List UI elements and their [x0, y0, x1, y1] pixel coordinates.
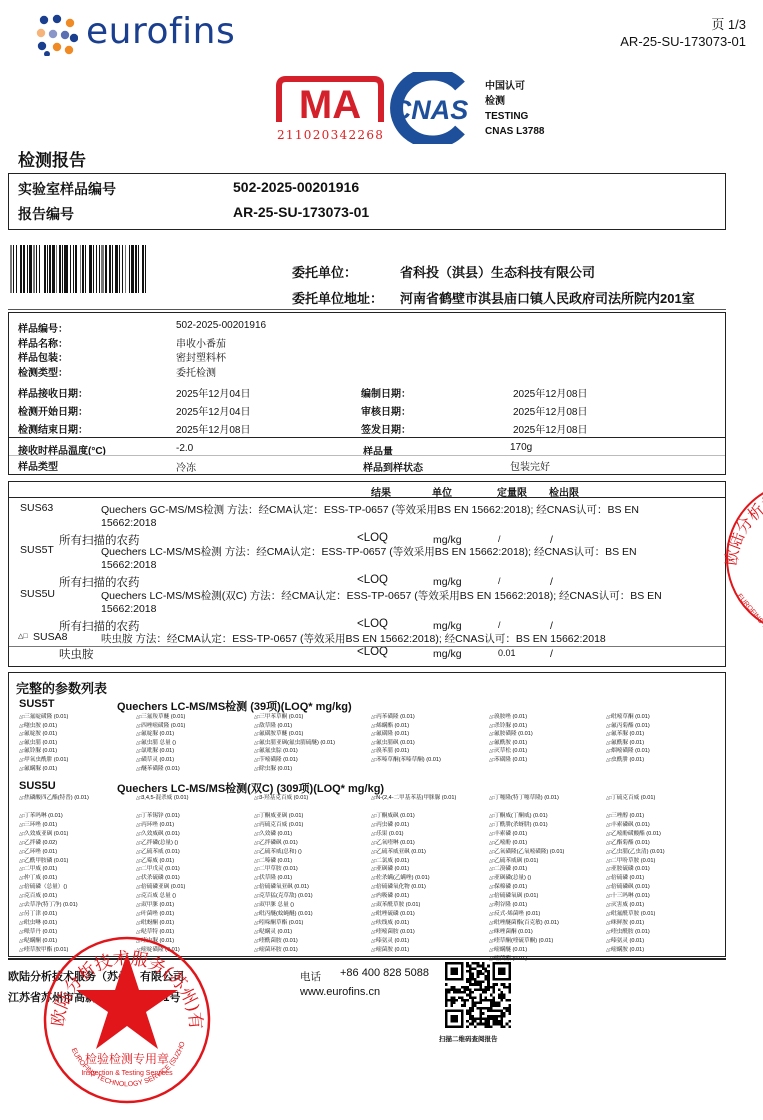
lod-value: /	[550, 576, 553, 588]
parameter-item: 氟酰脲 (0.01)	[606, 739, 650, 748]
parameter-item: 乐果 (0.01)	[371, 830, 430, 839]
parameter-item: 乙环唑 (0.01)	[19, 848, 78, 857]
results-header: 结果 单位 定量限 检出限	[9, 482, 725, 498]
loq-value: /	[498, 620, 501, 630]
parameter-column: 丁酮威(丁酮威) (0.01)丁酰肼(杀蚜肼) (0.01)丰索磷 (0.01)…	[489, 812, 564, 963]
sample-field-value: 502-2025-00201916	[176, 320, 266, 331]
parameter-item: 咪鲜胺 (0.01)	[606, 919, 665, 928]
parameter-item: 仲丁威 (0.01)	[19, 874, 78, 883]
sample-field-label: 样品编号：	[18, 320, 68, 335]
parameter-item: 乙嘧酚 (0.01)	[489, 839, 564, 848]
cma-number: 211020342268	[277, 128, 384, 142]
barcode	[10, 245, 265, 293]
group-title: Quechers LC-MS/MS检测 (39项)(LOQ* mg/kg)	[117, 698, 352, 714]
svg-text:EUROFINS TE: EUROFINS TE	[735, 593, 763, 634]
inspection-stamp-icon: 欧陆分析技术服务(苏州)有限公司 EUROFINS TECHNOLOGY SER…	[42, 935, 212, 1105]
unit-value: mg/kg	[433, 648, 462, 660]
parameter-item: 丙虫磷 (0.01)	[371, 821, 430, 830]
parameter-column: 三甲苯草酮 (0.01)敌草隆 (0.01)氟磺胺草醚 (0.01)氟虫腈亚砜(…	[254, 713, 335, 773]
parameter-item: 倍硫磷氧化物 (0.01)	[371, 883, 430, 892]
phone-label: 电话	[300, 969, 321, 984]
parameter-item: 丰索磷砜 (0.01)	[606, 821, 665, 830]
loq-value: /	[498, 576, 501, 586]
parameter-item: 嘧螨胺 (0.01)	[606, 946, 665, 955]
page-info: 页 1/3 AR-25-SU-173073-01	[620, 16, 746, 50]
parameter-item: 双甲脒 (0.01)	[136, 901, 185, 910]
report-title: 检测报告	[18, 146, 86, 171]
parameter-item: 倍硫磷砜 (0.01)	[606, 883, 665, 892]
parameter-item: 吡丙醚(蚊蝇醚) (0.01)	[254, 910, 313, 919]
parameter-item: 丁酮威亚砜 (0.01)	[254, 812, 313, 821]
parameter-item: 氟啶胺 (0.01)	[19, 730, 68, 739]
column-loq: 定量限	[497, 484, 527, 499]
client-address-row: 委托单位地址： 河南省鹤壁市淇县庙口镇人民政府司法所院内201室	[292, 288, 383, 307]
parameter-item: 吡氟酰草胺 (0.01)	[606, 910, 665, 919]
cnas-text: 中国认可 检测 TESTING CNAS L3788	[485, 79, 544, 139]
test-code: SUSA8	[33, 631, 67, 643]
group-code: SUS5U	[19, 780, 56, 792]
parameter-item: 嘧螨醚 (0.01)	[489, 946, 564, 955]
test-code: SUS5U	[20, 588, 55, 600]
parameter-column: 丁酮威亚砜 (0.01)丙硫克百威 (0.01)久效磷 (0.01)乙拌磷砜 (…	[254, 812, 313, 955]
parameter-item: 醚苯磺隆 (0.01)	[136, 765, 185, 774]
parameter-item: 丁酮威砜 (0.01)	[371, 812, 430, 821]
parameter-column: 丁酮威砜 (0.01)丙虫磷 (0.01)乐果 (0.01)乙氧喹啉 (0.01…	[371, 812, 430, 955]
parameter-item: 乙酰甲胺磷 (0.01)	[19, 857, 78, 866]
parameter-item: 氟虫腈 (0.01)	[19, 739, 68, 748]
parameter-item: 吡唑硫磷 (0.01)	[371, 910, 430, 919]
parameter-item: 丙环唑 (0.01)	[136, 821, 185, 830]
receipt-label: 样品类型	[18, 458, 58, 473]
page-number: 页 1/3	[620, 16, 746, 33]
date-label: 编制日期：	[361, 385, 411, 400]
parameter-item: 吡虫啉 (0.01)	[19, 919, 78, 928]
parameter-item: 吡嘧草酮 (0.01)	[606, 713, 650, 722]
parameter-item: 嘧菌环胺 (0.01)	[254, 946, 313, 955]
parameter-item: 氟虫腈砜 (0.01)	[371, 739, 441, 748]
parameter-item: 磺草灵 (0.01)	[136, 756, 185, 765]
parameter-list-title: 完整的参数列表	[16, 678, 107, 697]
parameter-item: 乙硫苯威亚砜 (0.01)	[371, 848, 430, 857]
parameter-item: 喹嘧菌胺 (0.01)	[371, 928, 430, 937]
parameter-item: 3-羟基克百威 (0.01)	[254, 794, 308, 803]
parameter-item: 丁噻隆(特丁噻草隆) (0.01)	[489, 794, 559, 803]
test-method: Quechers LC-MS/MS检测(双C) 方法：经CMA认定：ESS-TP…	[101, 588, 662, 603]
parameter-item: 氟苯脲 (0.01)	[606, 730, 650, 739]
accreditation-marks: MA 211020342268 CNAS 中国认可 检测 TESTING CNA…	[275, 72, 575, 147]
receipt-value: -2.0	[176, 443, 193, 454]
parameter-item: 氟氟虫腙 (0.01)	[254, 747, 335, 756]
test-method: Quechers GC-MS/MS检测 方法：经CMA认定：ESS-TP-065…	[101, 502, 639, 517]
unit-value: mg/kg	[433, 576, 462, 588]
parameter-item: 利谷隆 (0.01)	[489, 901, 564, 910]
parameter-item: 嘧菌胺 (0.01)	[371, 946, 430, 955]
parameter-item: 氟虫腈亚砜(氟虫腈硫醚) (0.01)	[254, 739, 335, 748]
parameter-item: 氟胺磺隆 (0.01)	[489, 730, 533, 739]
parameter-item: 倍硫磷亚砜 (0.01)	[136, 883, 185, 892]
date-value: 2025年12月08日	[513, 385, 588, 400]
parameter-item: 敌草隆 (0.01)	[254, 722, 335, 731]
parameter-item: 杀铃脲 (0.01)	[489, 722, 533, 731]
sample-field-label: 检测类型：	[18, 364, 68, 379]
parameter-item: 乙氧喹啉 (0.01)	[371, 839, 430, 848]
parameter-item: 3,4,5-混杀威 (0.01)	[136, 794, 188, 803]
lod-value: /	[550, 648, 553, 660]
parameter-item: 佐杀螨(乙螨唑) (0.01)	[371, 874, 430, 883]
test-method-cont: 15662:2018	[101, 517, 156, 529]
column-lod: 检出限	[549, 484, 579, 499]
parameter-column: 三唑醇 (0.01)丰索磷砜 (0.01)乙嘧酚磺酸酯 (0.01)乙酯菊酯 (…	[606, 812, 665, 955]
parameter-item: 二甲吩草胺 (0.01)	[606, 857, 665, 866]
qr-caption: 扫描二维码查阅报告	[439, 1034, 498, 1043]
svg-text:欧陆分析技术服务(苏州)有限公司: 欧陆分析技术服务(苏州)有限公司	[723, 478, 763, 567]
parameter-item: 3,4,5-混杀威 (0.01)	[136, 794, 188, 803]
column-unit: 单位	[432, 484, 452, 499]
parameter-item: 乙嘧酚磺酸酯 (0.01)	[606, 830, 665, 839]
parameter-item: 亚砜磷 (0.01)	[371, 865, 430, 874]
parameter-item: 二甲草胺 (0.01)	[254, 865, 313, 874]
parameter-item: 去草净(特丁净) (0.01)	[19, 901, 78, 910]
parameter-item: 焦磷酸四乙酯(特普) (0.01)	[19, 794, 89, 803]
client-address: 河南省鹤壁市淇县庙口镇人民政府司法所院内201室	[400, 288, 695, 307]
phone-number[interactable]: +86 400 828 5088	[340, 967, 429, 979]
parameter-item: 甲氧虫酰肼 (0.01)	[19, 756, 68, 765]
parameter-item: 氟丙菊酯 (0.01)	[606, 722, 650, 731]
sample-field-value: 串收小番茄	[176, 335, 226, 350]
parameter-item: 倍硫磷氧亚砜 (0.01)	[254, 883, 313, 892]
parameter-item: 吲哚酮草酯 (0.01)	[254, 919, 313, 928]
parameter-item: N-(2,4-二甲基苯基)甲脒脲 (0.01)	[371, 794, 456, 803]
date-value: 2025年12月08日	[176, 421, 251, 436]
parameter-item: 乙虫腈(乙虫清) (0.01)	[606, 848, 665, 857]
report-number: AR-25-SU-173073-01	[233, 204, 369, 220]
receipt-value: 170g	[510, 442, 532, 453]
result-value: <LOQ	[357, 532, 388, 544]
lab-sample-number-row: 实验室样品编号 502-2025-00201916	[18, 179, 116, 199]
parameter-item: 丙苯磺隆 (0.01)	[371, 713, 441, 722]
eurofins-logo: eurofins	[36, 14, 246, 56]
parameter-item: 乙霉威 (0.01)	[136, 857, 185, 866]
parameter-item: 二氯威 (0.01)	[371, 857, 430, 866]
parameter-item: 亚胺硫磷 (0.01)	[606, 865, 665, 874]
parameter-item: 烯螨酯 (0.01)	[371, 722, 441, 731]
lab-sample-number: 502-2025-00201916	[233, 179, 359, 195]
svg-text:检验检测专用章: 检验检测专用章	[85, 1051, 169, 1066]
parameter-item: 二甲戊灵 (0.01)	[136, 865, 185, 874]
report-id-box: 实验室样品编号 502-2025-00201916 报告编号 AR-25-SU-…	[8, 173, 726, 230]
test-code: SUS63	[20, 502, 53, 514]
stamp-partial-icon: 欧陆分析技术服务(苏州)有限公司 EUROFINS TE	[723, 478, 763, 638]
date-value: 2025年12月08日	[513, 403, 588, 418]
parameter-item: 丁酰肼(杀蚜肼) (0.01)	[489, 821, 564, 830]
test-method: Quechers LC-MS/MS检测 方法：经CMA认定：ESS-TP-065…	[101, 544, 637, 559]
receipt-value: 冷冻	[176, 459, 196, 474]
result-value: <LOQ	[357, 646, 388, 658]
parameter-item: 乙酯菊酯 (0.01)	[606, 839, 665, 848]
column-result: 结果	[371, 484, 391, 499]
parameter-item: 丁硫克百威 (0.01)	[606, 794, 655, 803]
svg-text:MA: MA	[299, 83, 361, 124]
parameter-item: 久效威砜 (0.01)	[136, 830, 185, 839]
sample-field-value: 委托检测	[176, 364, 216, 379]
results-table: 结果 单位 定量限 检出限 SUS63Quechers GC-MS/MS检测 方…	[8, 481, 726, 667]
parameter-item: 烟嘧磺隆 (0.01)	[606, 747, 650, 756]
sample-field-label: 样品包装：	[18, 349, 68, 364]
parameter-item: 克百威 (0.01)	[19, 892, 78, 901]
parameter-item: 氟虫腈 总量 ()	[136, 739, 185, 748]
parameter-column: 吡嘧草酮 (0.01)氟丙菊酯 (0.01)氟苯脲 (0.01)氟酰脲 (0.0…	[606, 713, 650, 765]
divider	[9, 437, 725, 438]
parameter-item: 丙硫克百威 (0.01)	[254, 821, 313, 830]
parameter-item: 丁苯锡锌 (0.01)	[136, 812, 185, 821]
date-label: 样品接收日期：	[18, 385, 88, 400]
parameter-item: 十三吗啉 (0.01)	[606, 892, 665, 901]
receipt-label: 样品到样状态	[363, 459, 423, 474]
parameter-item: 灭草松 (0.01)	[489, 747, 533, 756]
parameter-item: 喹虫酰胺 (0.01)	[606, 928, 665, 937]
result-value: <LOQ	[357, 574, 388, 586]
parameter-column: 丙苯磺隆 (0.01)烯螨酯 (0.01)氟磺隆 (0.01)氟虫腈砜 (0.0…	[371, 713, 441, 765]
brand-name: eurofins	[86, 11, 235, 52]
parameter-item: N-(2,4-二甲基苯基)甲脒脲 (0.01)	[371, 794, 456, 803]
report-number-row: 报告编号 AR-25-SU-173073-01	[18, 204, 74, 224]
parameter-column: 溴胺唑 (0.01)杀铃脲 (0.01)氟胺磺隆 (0.01)氟酰胺 (0.01…	[489, 713, 533, 765]
parameter-item: 乙氧磺隆(乙氧嘧磺隆) (0.01)	[489, 848, 564, 857]
loq-value: /	[498, 534, 501, 544]
parameter-item: 二溴磷 (0.01)	[489, 865, 564, 874]
date-value: 2025年12月04日	[176, 403, 251, 418]
parameter-item: 乙拌磷(总量) ()	[136, 839, 185, 848]
parameter-item: 内吸磷 (0.01)	[371, 892, 430, 901]
parameter-column: 三氟羧草醚 (0.01)四唑嘧磺隆 (0.01)氟啶脲 (0.01)氟虫腈 总量…	[136, 713, 185, 773]
parameter-item: 乙硫苯威砜 (0.01)	[489, 857, 564, 866]
test-code: SUS5T	[20, 544, 54, 556]
parameter-item: 苯磺隆 (0.01)	[489, 756, 533, 765]
parameter-item: 久效威亚砜 (0.01)	[19, 830, 78, 839]
divider	[9, 646, 725, 647]
parameter-item: 呋线威 (0.01)	[371, 919, 430, 928]
parameter-item: 丁硫克百威 (0.01)	[606, 794, 655, 803]
website-link[interactable]: www.eurofins.cn	[300, 986, 380, 998]
parameter-item: 双苯酰草胺 (0.01)	[371, 901, 430, 910]
parameter-item: 三甲苯草酮 (0.01)	[254, 713, 335, 722]
parameter-item: 喹草酮(喹硫草酮) (0.01)	[489, 937, 564, 946]
loq-value: 0.01	[498, 648, 516, 658]
parameter-item: 伏草隆 (0.01)	[254, 874, 313, 883]
parameter-item: 吡唑醚菌酯(百克敏) (0.01)	[489, 919, 564, 928]
parameter-item: 哒螨灵 (0.01)	[254, 928, 313, 937]
parameter-item: 氟磺隆 (0.01)	[371, 730, 441, 739]
accreditation-marker: △□	[18, 632, 28, 640]
parameter-item: 焦磷酸四乙酯(特普) (0.01)	[19, 794, 89, 803]
sample-field-label: 样品名称：	[18, 335, 68, 350]
parameter-item: 三氟啶磺隆 (0.01)	[19, 713, 68, 722]
parameter-item: 倍硫磷 (0.01)	[606, 874, 665, 883]
eurofins-dots-icon	[36, 14, 78, 56]
client-name-row: 委托单位： 省科投（淇县）生态科技有限公司	[292, 262, 357, 281]
parameter-item: 保棉磷 (0.01)	[489, 883, 564, 892]
parameter-item: 丰索磷 (0.01)	[489, 830, 564, 839]
parameter-item: 二甲威 (0.01)	[19, 865, 78, 874]
parameter-item: 克草猛(克草敌) (0.01)	[254, 892, 313, 901]
parameter-item: 喹酰菌胺 (0.01)	[254, 937, 313, 946]
date-label: 审核日期：	[361, 403, 411, 418]
parameter-item: 亚砜磷(总量) ()	[489, 874, 564, 883]
client-name: 省科投（淇县）生态科技有限公司	[400, 262, 595, 281]
date-label: 检测开始日期：	[18, 403, 88, 418]
svg-text:CNAS: CNAS	[392, 95, 469, 125]
parameter-item: 溴胺唑 (0.01)	[489, 713, 533, 722]
report-reference: AR-25-SU-173073-01	[620, 33, 746, 50]
parameter-item: 咪唑菌酮 (0.01)	[489, 928, 564, 937]
analyte-name: 呋虫胺	[59, 646, 94, 662]
parameter-column: 丁苯锡锌 (0.01)丙环唑 (0.01)久效威砜 (0.01)乙拌磷(总量) …	[136, 812, 185, 955]
group-code: SUS5T	[19, 698, 54, 710]
parameter-item: 乙硫苯威(总和) ()	[254, 848, 313, 857]
parameter-item: 吡蚜酮 (0.01)	[136, 919, 185, 928]
parameter-item: 嗪氨灵 (0.01)	[371, 937, 430, 946]
parameter-item: 久效磷 (0.01)	[254, 830, 313, 839]
parameter-item: 苯嗪草酮(苯嗪草酮) (0.01)	[371, 756, 441, 765]
parameter-item: 伏杀硫磷 (0.01)	[136, 874, 185, 883]
parameter-item: 反式-烯菌唑 (0.01)	[489, 910, 564, 919]
parameter-item: 双甲脒 总量 ()	[254, 901, 313, 910]
receipt-value: 包装完好	[510, 458, 550, 473]
parameter-item: 灭害威 (0.01)	[606, 901, 665, 910]
parameter-item: 嗪氨灵 (0.01)	[606, 937, 665, 946]
parameter-item: 苄嘧磺隆 (0.01)	[254, 756, 335, 765]
test-method: 呋虫胺 方法：经CMA认定：ESS-TP-0657 (等效采用BS EN 156…	[101, 631, 606, 646]
parameter-item: 氯吡脲 (0.01)	[136, 747, 185, 756]
divider	[8, 309, 726, 310]
parameter-item: 氟啶脲 (0.01)	[136, 730, 185, 739]
parameter-item: 乙硫苯威 (0.01)	[136, 848, 185, 857]
parameter-item: 氟磺胺草醚 (0.01)	[254, 730, 335, 739]
cma-badge-icon: MA	[275, 76, 385, 124]
parameter-item: 氟螨脲 (0.01)	[19, 765, 68, 774]
parameter-item: 叶菌唑 (0.01)	[136, 910, 185, 919]
parameter-item: 四唑嘧磺隆 (0.01)	[136, 722, 185, 731]
parameter-item: 丁酮威(丁酮威) (0.01)	[489, 812, 564, 821]
parameter-item: 丁苯吗啉 (0.01)	[19, 812, 78, 821]
qr-code-icon[interactable]	[441, 962, 515, 1028]
test-method-cont: 15662:2018	[101, 559, 156, 571]
test-method-cont: 15662:2018	[101, 603, 156, 615]
parameter-column: 丁苯吗啉 (0.01)三环唑 (0.01)久效威亚砜 (0.01)乙拌磷 (0.…	[19, 812, 78, 955]
parameter-item: 倍硫磷氧砜 (0.01)	[489, 892, 564, 901]
date-label: 检测结束日期：	[18, 421, 88, 436]
parameter-item: 三氟羧草醚 (0.01)	[136, 713, 185, 722]
parameter-item: 噻虫胺 (0.01)	[19, 722, 68, 731]
date-value: 2025年12月04日	[176, 385, 251, 400]
parameter-item: 虫酰肼 (0.01)	[606, 756, 650, 765]
parameter-item: 倍硫磷（总量）()	[19, 883, 78, 892]
svg-text:Inspection & Testing Services: Inspection & Testing Services	[81, 1070, 173, 1077]
parameter-item: 除虫脲 (0.01)	[254, 765, 335, 774]
parameter-list: 完整的参数列表 SUS5TQuechers LC-MS/MS检测 (39项)(L…	[8, 672, 726, 957]
date-label: 签发日期：	[361, 421, 411, 436]
parameter-item: 3-羟基克百威 (0.01)	[254, 794, 308, 803]
date-value: 2025年12月08日	[513, 421, 588, 436]
cnas-logo-icon: CNAS	[380, 72, 475, 144]
parameter-item: 另丁津 (0.01)	[19, 910, 78, 919]
parameter-item: 丁噻隆(特丁噻草隆) (0.01)	[489, 794, 559, 803]
parameter-item: 乙拌磷 (0.02)	[19, 839, 78, 848]
sample-field-value: 密封塑料杯	[176, 349, 226, 364]
sample-info-box: 样品编号：502-2025-00201916样品名称：串收小番茄样品包装：密封塑…	[8, 312, 726, 475]
result-value: <LOQ	[357, 618, 388, 630]
parameter-item: 三唑醇 (0.01)	[606, 812, 665, 821]
parameter-item: 克百威 总量 ()	[136, 892, 185, 901]
parameter-item: 三环唑 (0.01)	[19, 821, 78, 830]
parameter-item: 氟酰胺 (0.01)	[489, 739, 533, 748]
parameter-column: 三氟啶磺隆 (0.01)噻虫胺 (0.01)氟啶胺 (0.01)氟虫腈 (0.0…	[19, 713, 68, 773]
parameter-item: 氟铃脲 (0.01)	[19, 747, 68, 756]
parameter-item: 二嗪磷 (0.01)	[254, 857, 313, 866]
parameter-item: 乙拌磷砜 (0.01)	[254, 839, 313, 848]
parameter-item: 溴苯腈 (0.01)	[371, 747, 441, 756]
divider	[9, 455, 725, 456]
